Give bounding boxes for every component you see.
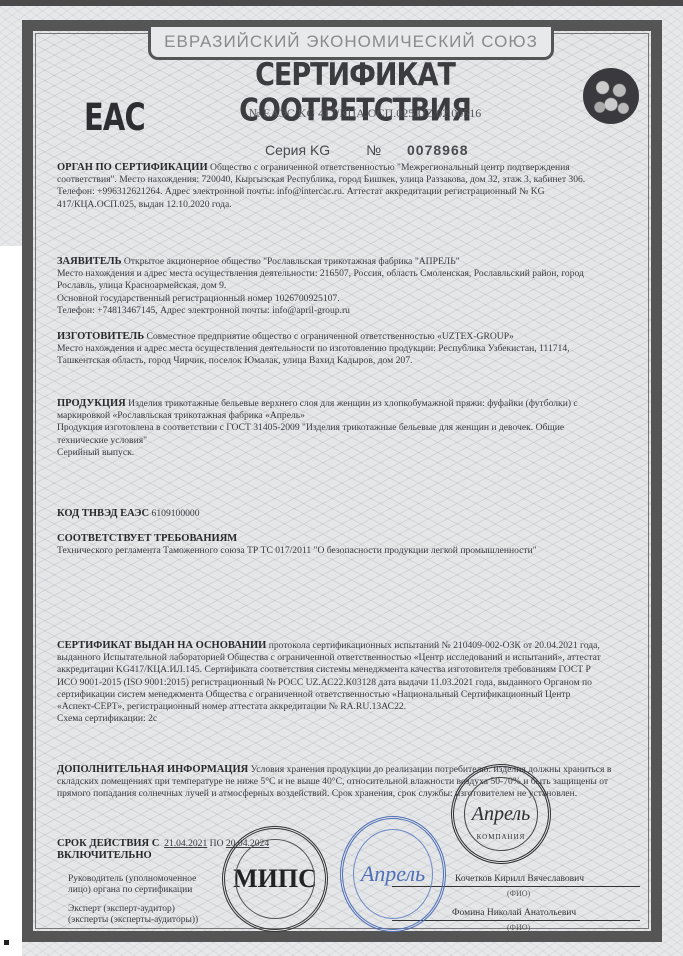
expert-signature-label: Эксперт (эксперт-аудитор) (эксперты (экс… xyxy=(68,904,198,926)
company-stamp-icon: Апрель КОМПАНИЯ xyxy=(451,764,551,864)
serial-label: Серия KG xyxy=(265,142,330,158)
union-banner: ЕВРАЗИЙСКИЙ ЭКОНОМИЧЕСКИЙ СОЮЗ xyxy=(148,24,554,60)
section-label: ПРОДУКЦИЯ xyxy=(57,398,126,409)
section-label: КОД ТНВЭД ЕАЭС xyxy=(57,508,149,519)
applicant-section: ЗАЯВИТЕЛЬ Открытое акционерное общество … xyxy=(57,256,627,317)
certification-body-section: ОРГАН ПО СЕРТИФИКАЦИИ Общество с огранич… xyxy=(57,162,627,211)
eac-logo-icon: ЕАС xyxy=(84,96,145,139)
certificate-number: № ЕАЭС KG 417/КЦА.ОСП.025.UZ.02.00516 xyxy=(215,106,515,121)
head-signature-label: Руководитель (уполномоченное лицо) орган… xyxy=(68,874,196,896)
certificate-page: ЕВРАЗИЙСКИЙ ЭКОНОМИЧЕСКИЙ СОЮЗ СЕРТИФИКА… xyxy=(0,6,683,956)
serial-number: 0078968 xyxy=(407,142,469,158)
expert-name: Фомина Николай Анатольевич xyxy=(452,908,576,918)
manufacturer-section: ИЗГОТОВИТЕЛЬ Совместное предприятие обще… xyxy=(57,331,627,368)
section-label: СЕРТИФИКАТ ВЫДАН НА ОСНОВАНИИ xyxy=(57,640,266,651)
expert-signature-line xyxy=(392,920,640,921)
section-label: ИЗГОТОВИТЕЛЬ xyxy=(57,331,144,342)
certification-body-stamp-icon: МИПС xyxy=(222,826,328,932)
section-label: ОРГАН ПО СЕРТИФИКАЦИИ xyxy=(57,162,208,173)
section-label: ЗАЯВИТЕЛЬ xyxy=(57,256,122,267)
applicant-blue-stamp-icon: Апрель xyxy=(340,816,446,932)
valid-from: 21.04.2021 xyxy=(164,838,207,849)
product-section: ПРОДУКЦИЯ Изделия трикотажные бельевые в… xyxy=(57,398,627,459)
complies-section: СООТВЕТСТВУЕТ ТРЕБОВАНИЯМ Технического р… xyxy=(57,533,627,557)
tnved-code: 6109100000 xyxy=(152,508,200,519)
validity-label: СРОК ДЕЙСТВИЯ С xyxy=(57,838,159,849)
valid-to-label: ПО xyxy=(210,838,224,849)
section-label: СООТВЕТСТВУЕТ ТРЕБОВАНИЯМ xyxy=(57,533,237,544)
head-name: Кочетков Кирилл Вячеславович xyxy=(455,874,584,884)
expert-name-caption: (ФИО) xyxy=(507,923,530,932)
photo-speck xyxy=(4,940,9,945)
issued-basis-section: СЕРТИФИКАТ ВЫДАН НА ОСНОВАНИИ протокола … xyxy=(57,640,627,725)
certificate-frame xyxy=(22,20,662,942)
serial-number-row: Серия KG № 0078968 xyxy=(265,142,469,158)
hologram-emblem-icon xyxy=(583,68,639,124)
photo-margin xyxy=(0,246,22,956)
head-name-caption: (ФИО) xyxy=(507,889,530,898)
section-label: ДОПОЛНИТЕЛЬНАЯ ИНФОРМАЦИЯ xyxy=(57,764,248,775)
tnved-code-section: КОД ТНВЭД ЕАЭС 6109100000 xyxy=(57,508,627,520)
serial-no-label: № xyxy=(366,142,381,158)
